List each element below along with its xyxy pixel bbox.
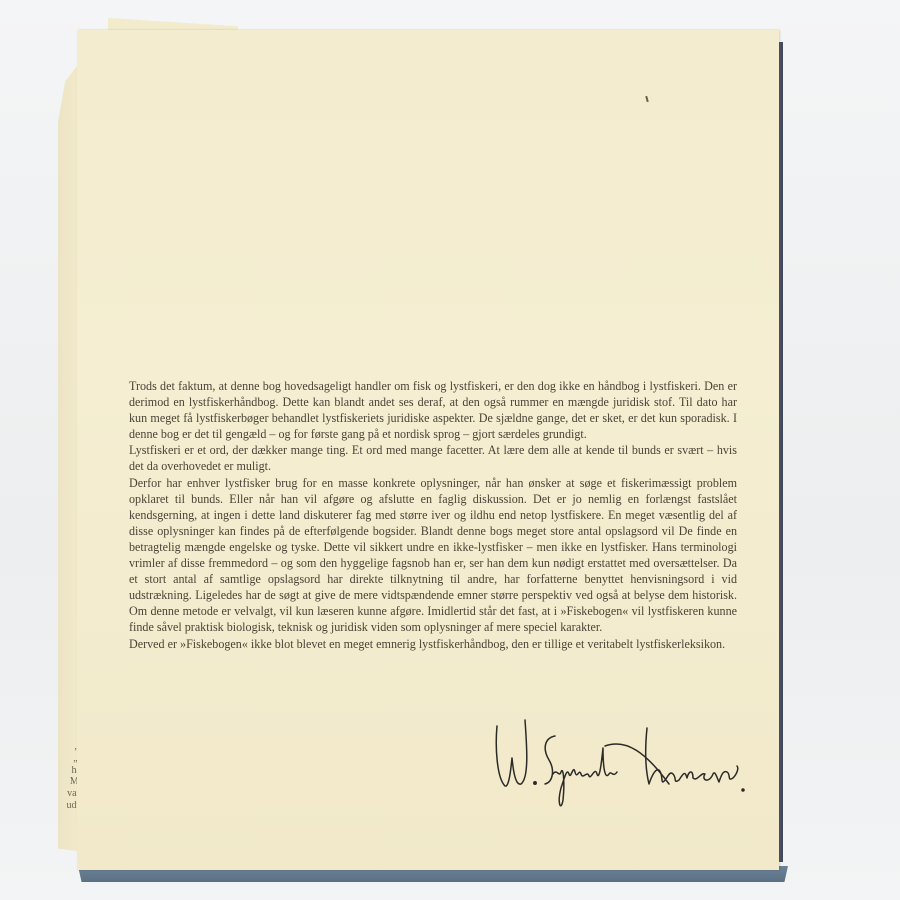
author-signature: W. Sylvester Thomsen: [487, 708, 747, 818]
paragraph-3: Derfor har enhver lystfisker brug for en…: [129, 475, 737, 636]
dust-jacket-page: Trods det faktum, at denne bog hovedsage…: [77, 30, 779, 870]
paper-speck: [645, 96, 648, 102]
blurb-text: Trods det faktum, at denne bog hovedsage…: [129, 378, 737, 652]
paragraph-2: Lystfiskeri er et ord, der dækker mange …: [129, 442, 737, 474]
paragraph-1: Trods det faktum, at denne bog hovedsage…: [129, 378, 737, 442]
paragraph-4: Derved er »Fiskebogen« ikke blot blevet …: [129, 636, 737, 652]
